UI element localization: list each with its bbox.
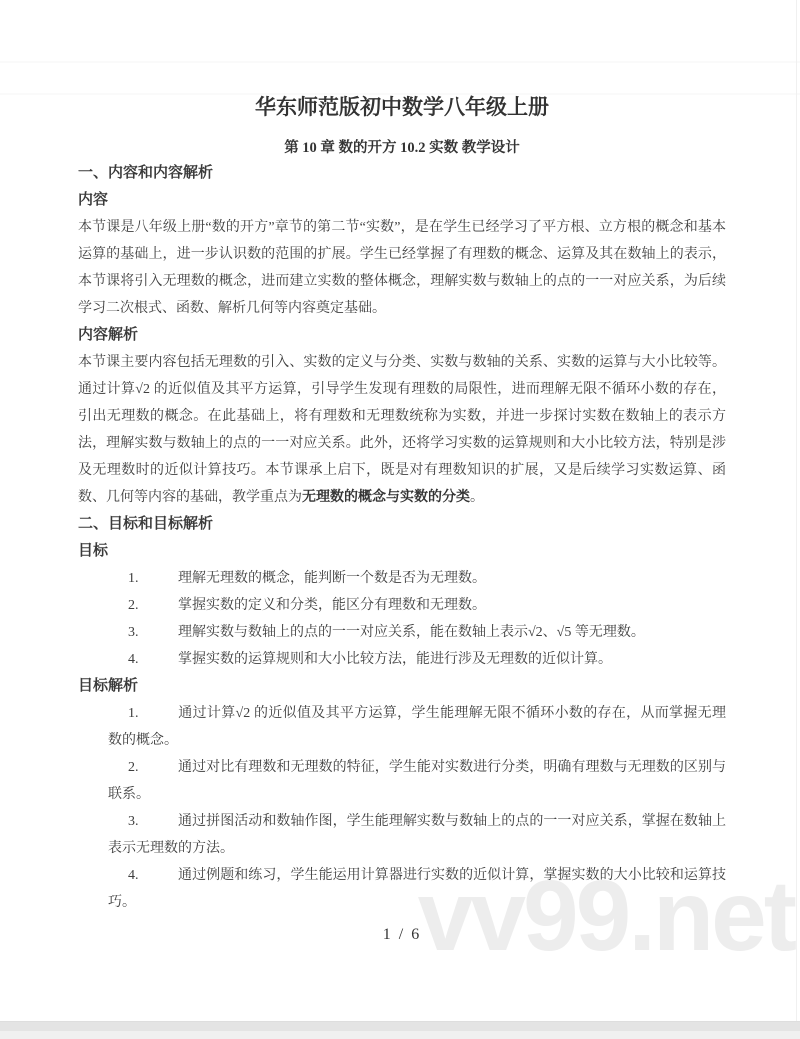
content-analysis-subheading: 内容解析	[78, 322, 726, 349]
list-item-number: 1.	[108, 565, 178, 592]
analysis-text-end: 。	[470, 490, 484, 505]
list-item-number: 2.	[108, 592, 178, 619]
list-item-number: 3.	[108, 808, 178, 835]
list-item-text: 掌握实数的运算规则和大小比较方法，能进行涉及无理数的近似计算。	[178, 652, 612, 667]
list-item-text: 理解实数与数轴上的点的一一对应关系，能在数轴上表示√2、√5 等无理数。	[178, 625, 645, 640]
teaching-focus-bold-text: 无理数的概念与实数的分类	[302, 490, 470, 505]
section-2-heading: 二、目标和目标解析	[78, 511, 726, 538]
list-item: 3.通过拼图活动和数轴作图，学生能理解实数与数轴上的点的一一对应关系，掌握在数轴…	[78, 808, 726, 862]
list-item: 4.掌握实数的运算规则和大小比较方法，能进行涉及无理数的近似计算。	[78, 646, 726, 673]
viewer-bottom-bar-lower	[0, 1031, 800, 1039]
content-subheading: 内容	[78, 187, 726, 214]
goal-analysis-subheading: 目标解析	[78, 673, 726, 700]
list-item-number: 3.	[108, 619, 178, 646]
list-item-text: 掌握实数的定义和分类，能区分有理数和无理数。	[178, 598, 486, 613]
goals-list: 1.理解无理数的概念，能判断一个数是否为无理数。 2.掌握实数的定义和分类，能区…	[78, 565, 726, 673]
list-item: 1.理解无理数的概念，能判断一个数是否为无理数。	[78, 565, 726, 592]
viewer-bottom-bar	[0, 1021, 800, 1031]
list-item-text: 通过计算√2 的近似值及其平方运算，学生能理解无限不循环小数的存在，从而掌握无理…	[108, 706, 726, 748]
list-item: 3.理解实数与数轴上的点的一一对应关系，能在数轴上表示√2、√5 等无理数。	[78, 619, 726, 646]
goal-analysis-list: 1.通过计算√2 的近似值及其平方运算，学生能理解无限不循环小数的存在，从而掌握…	[78, 700, 726, 916]
goals-subheading: 目标	[78, 538, 726, 565]
document-title: 华东师范版初中数学八年级上册	[78, 92, 726, 122]
section-1-heading: 一、内容和内容解析	[78, 160, 726, 187]
page-number: 1 / 6	[78, 921, 726, 948]
list-item-text: 通过例题和练习，学生能运用计算器进行实数的近似计算，掌握实数的大小比较和运算技巧…	[108, 868, 726, 910]
list-item: 4.通过例题和练习，学生能运用计算器进行实数的近似计算，掌握实数的大小比较和运算…	[78, 862, 726, 916]
list-item-number: 4.	[108, 862, 178, 889]
list-item-text: 理解无理数的概念，能判断一个数是否为无理数。	[178, 571, 486, 586]
list-item-number: 1.	[108, 700, 178, 727]
document-subtitle: 第 10 章 数的开方 10.2 实数 教学设计	[78, 136, 726, 160]
content-analysis-paragraph: 本节课主要内容包括无理数的引入、实数的定义与分类、实数与数轴的关系、实数的运算与…	[78, 349, 726, 511]
analysis-text: 本节课主要内容包括无理数的引入、实数的定义与分类、实数与数轴的关系、实数的运算与…	[78, 355, 726, 505]
list-item-number: 2.	[108, 754, 178, 781]
list-item: 1.通过计算√2 的近似值及其平方运算，学生能理解无限不循环小数的存在，从而掌握…	[78, 700, 726, 754]
list-item-text: 通过对比有理数和无理数的特征，学生能对实数进行分类，明确有理数与无理数的区别与联…	[108, 760, 726, 802]
document-page: 华东师范版初中数学八年级上册 第 10 章 数的开方 10.2 实数 教学设计 …	[0, 0, 800, 948]
list-item-number: 4.	[108, 646, 178, 673]
list-item-text: 通过拼图活动和数轴作图，学生能理解实数与数轴上的点的一一对应关系，掌握在数轴上表…	[108, 814, 726, 856]
list-item: 2.通过对比有理数和无理数的特征，学生能对实数进行分类，明确有理数与无理数的区别…	[78, 754, 726, 808]
document-viewer: vv99.net 华东师范版初中数学八年级上册 第 10 章 数的开方 10.2…	[0, 0, 800, 1039]
content-paragraph: 本节课是八年级上册“数的开方”章节的第二节“实数”，是在学生已经学习了平方根、立…	[78, 214, 726, 322]
list-item: 2.掌握实数的定义和分类，能区分有理数和无理数。	[78, 592, 726, 619]
